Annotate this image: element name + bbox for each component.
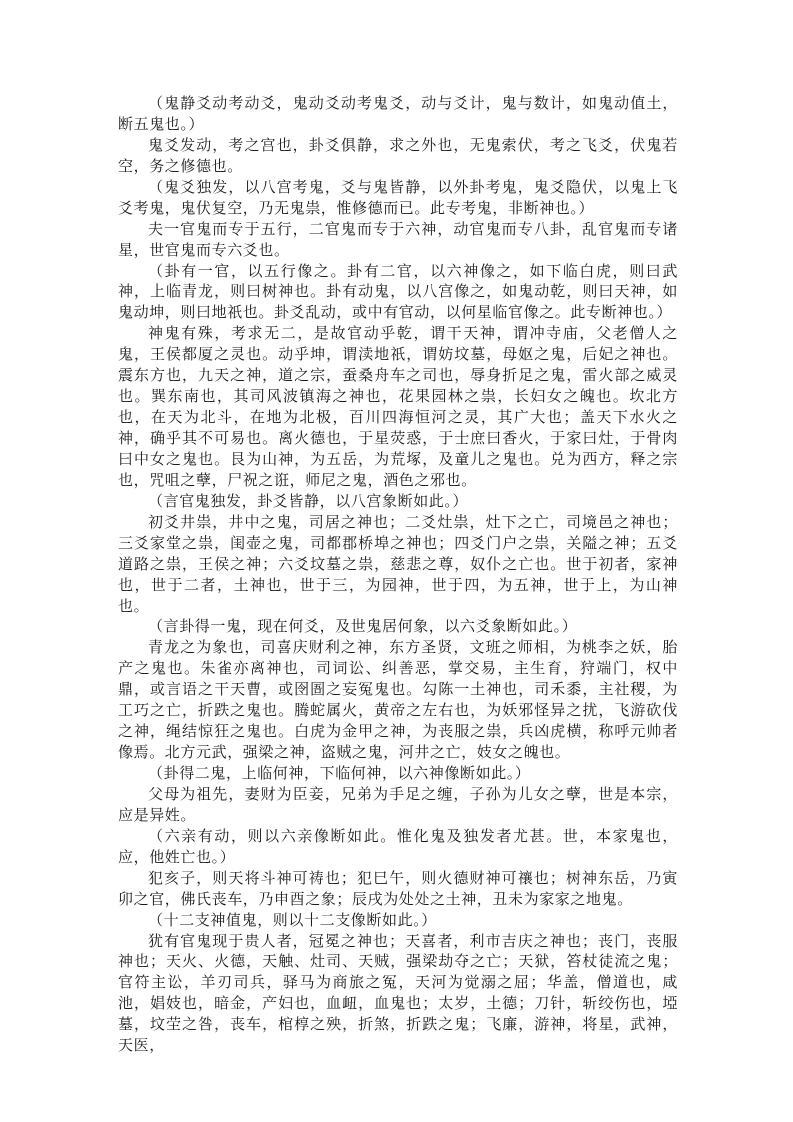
annotation-paragraph: （言官鬼独发，卦爻皆静，以八宫象断如此。） bbox=[118, 491, 678, 512]
annotation-paragraph: （鬼静爻动考动爻，鬼动爻动考鬼爻，动与爻计，鬼与数计，如鬼动值土，断五鬼也。） bbox=[118, 93, 678, 135]
body-paragraph: 初爻井祟，井中之鬼，司居之神也；二爻灶祟，灶下之亡，司境邑之神也；三爻家堂之祟，… bbox=[118, 512, 678, 617]
body-paragraph: 犹有官鬼现于贵人者，冠冕之神也；天喜者，利市吉庆之神也；丧门，丧服神也；天火、火… bbox=[118, 931, 678, 1057]
document-page: （鬼静爻动考动爻，鬼动爻动考鬼爻，动与爻计，鬼与数计，如鬼动值土，断五鬼也。） … bbox=[118, 93, 678, 1056]
annotation-paragraph: （鬼爻独发，以八宫考鬼，爻与鬼皆静，以外卦考鬼，鬼爻隐伏，以鬼上飞爻考鬼，鬼伏复… bbox=[118, 177, 678, 219]
annotation-paragraph: （十二支神值鬼，则以十二支像断如此。） bbox=[118, 910, 678, 931]
annotation-paragraph: （卦有一官，以五行像之。卦有二官，以六神像之，如下临白虎，则曰武神，上临青龙，则… bbox=[118, 261, 678, 324]
body-paragraph: 鬼爻发动，考之宫也，卦爻俱静，求之外也，无鬼索伏，考之飞爻，伏鬼若空，务之修德也… bbox=[118, 135, 678, 177]
body-paragraph: 犯亥子，则天将斗神可祷也；犯巳午，则火德财神可禳也；树神东岳，乃寅卯之官，佛氏丧… bbox=[118, 868, 678, 910]
annotation-paragraph: （六亲有动，则以六亲像断如此。惟化鬼及独发者尤甚。世，本家鬼也，应，他姓亡也。） bbox=[118, 826, 678, 868]
body-paragraph: 青龙之为象也，司喜庆财利之神，东方圣贤，文班之师相，为桃李之妖，胎产之鬼也。朱雀… bbox=[118, 637, 678, 763]
annotation-paragraph: （卦得二鬼，上临何神，下临何神，以六神像断如此。） bbox=[118, 763, 678, 784]
body-paragraph: 神鬼有殊，考求无二，是故官动乎乾，谓干天神，谓冲寺庙，父老僧人之鬼，王侯都厦之灵… bbox=[118, 323, 678, 491]
body-paragraph: 夫一官鬼而专于五行，二官鬼而专于六神，动官鬼而专八卦，乱官鬼而专诸星，世官鬼而专… bbox=[118, 219, 678, 261]
annotation-paragraph: （言卦得一鬼，现在何爻，及世鬼居何象，以六爻象断如此。） bbox=[118, 616, 678, 637]
body-paragraph: 父母为祖先，妻财为臣妾，兄弟为手足之缠，子孙为儿女之孽，世是本宗，应是异姓。 bbox=[118, 784, 678, 826]
